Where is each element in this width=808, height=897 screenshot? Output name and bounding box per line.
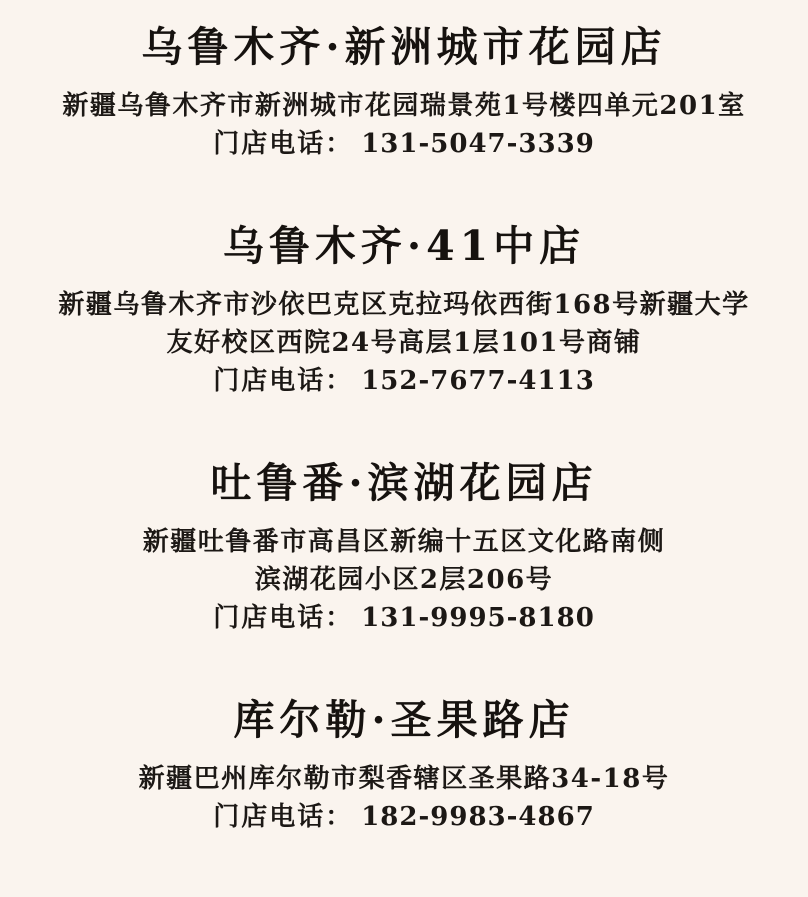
store-list-page: 乌鲁木齐·新洲城市花园店 新疆乌鲁木齐市新洲城市花园瑞景苑1号楼四单元201室 … xyxy=(0,0,808,897)
store-phone-label: 门店电话： xyxy=(213,129,353,159)
store-phone-label: 门店电话： xyxy=(213,366,353,396)
store-phone-number: 131-5047-3339 xyxy=(361,129,595,159)
store-name: 乌鲁木齐·新洲城市花园店 xyxy=(0,24,808,70)
store-address: 新疆巴州库尔勒市梨香辖区圣果路34-18号 xyxy=(0,760,808,798)
store-phone-number: 152-7677-4113 xyxy=(361,366,595,396)
store-phone-label: 门店电话： xyxy=(213,603,353,633)
store-phone-number: 131-9995-8180 xyxy=(361,603,595,633)
store-card: 乌鲁木齐·新洲城市花园店 新疆乌鲁木齐市新洲城市花园瑞景苑1号楼四单元201室 … xyxy=(0,24,808,163)
store-card: 库尔勒·圣果路店 新疆巴州库尔勒市梨香辖区圣果路34-18号 门店电话：182-… xyxy=(0,697,808,836)
store-name: 吐鲁番·滨湖花园店 xyxy=(0,460,808,506)
store-info: 新疆乌鲁木齐市新洲城市花园瑞景苑1号楼四单元201室 门店电话：131-5047… xyxy=(0,87,808,163)
store-phone-label: 门店电话： xyxy=(213,802,353,832)
store-address: 新疆吐鲁番市高昌区新编十五区文化路南侧 xyxy=(0,523,808,561)
store-address: 新疆乌鲁木齐市沙依巴克区克拉玛依西街168号新疆大学 xyxy=(0,286,808,324)
store-card: 乌鲁木齐·41中店 新疆乌鲁木齐市沙依巴克区克拉玛依西街168号新疆大学 友好校… xyxy=(0,223,808,400)
store-address: 滨湖花园小区2层206号 xyxy=(0,561,808,599)
store-phone-line: 门店电话：131-9995-8180 xyxy=(0,599,808,637)
store-card: 吐鲁番·滨湖花园店 新疆吐鲁番市高昌区新编十五区文化路南侧 滨湖花园小区2层20… xyxy=(0,460,808,637)
store-phone-line: 门店电话：182-9983-4867 xyxy=(0,798,808,836)
store-info: 新疆巴州库尔勒市梨香辖区圣果路34-18号 门店电话：182-9983-4867 xyxy=(0,760,808,836)
store-phone-number: 182-9983-4867 xyxy=(361,802,595,832)
store-phone-line: 门店电话：131-5047-3339 xyxy=(0,125,808,163)
store-phone-line: 门店电话：152-7677-4113 xyxy=(0,362,808,400)
store-address: 新疆乌鲁木齐市新洲城市花园瑞景苑1号楼四单元201室 xyxy=(0,87,808,125)
store-name: 库尔勒·圣果路店 xyxy=(0,697,808,743)
store-info: 新疆乌鲁木齐市沙依巴克区克拉玛依西街168号新疆大学 友好校区西院24号高层1层… xyxy=(0,286,808,400)
store-info: 新疆吐鲁番市高昌区新编十五区文化路南侧 滨湖花园小区2层206号 门店电话：13… xyxy=(0,523,808,637)
store-address: 友好校区西院24号高层1层101号商铺 xyxy=(0,324,808,362)
store-name: 乌鲁木齐·41中店 xyxy=(0,223,808,269)
